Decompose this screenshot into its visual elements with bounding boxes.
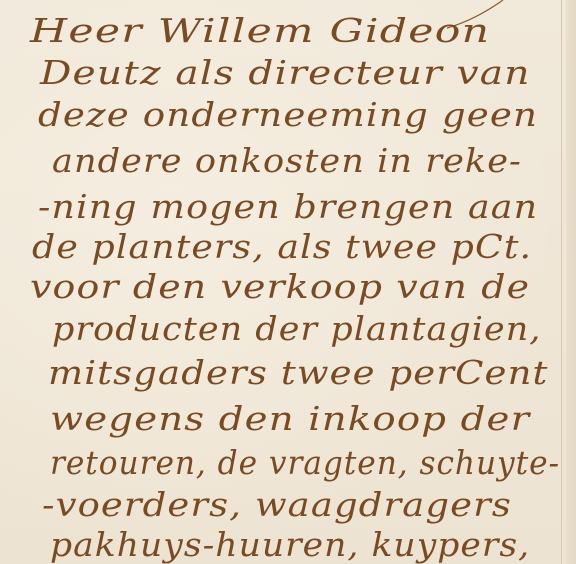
manuscript-line-6: de planters, als twee pCt. — [32, 230, 532, 263]
manuscript-line-10: wegens den inkoop der — [50, 402, 530, 435]
manuscript-line-2: Deutz als directeur van — [40, 56, 531, 89]
manuscript-line-3: deze onderneeming geen — [38, 98, 538, 131]
manuscript-line-12: -voerders, waagdragers — [42, 488, 512, 521]
manuscript-line-1: Heer Willem Gideon — [30, 14, 490, 47]
manuscript-line-7: voor den verkoop van de — [30, 270, 530, 303]
page-edge-rule — [561, 0, 562, 564]
manuscript-page: Heer Willem Gideon Deutz als directeur v… — [0, 0, 576, 564]
manuscript-line-4: andere onkosten in reke- — [52, 144, 522, 177]
manuscript-line-11: retouren, de vragten, schuyte- — [50, 446, 560, 479]
manuscript-line-9: mitsgaders twee perCent — [48, 356, 549, 389]
manuscript-line-8: producten der plantagien, — [52, 312, 541, 345]
page-edge-margin — [566, 0, 576, 564]
manuscript-line-5: -ning mogen brengen aan — [38, 190, 538, 223]
manuscript-line-13: pakhuys-huuren, kuypers, — [50, 528, 530, 561]
